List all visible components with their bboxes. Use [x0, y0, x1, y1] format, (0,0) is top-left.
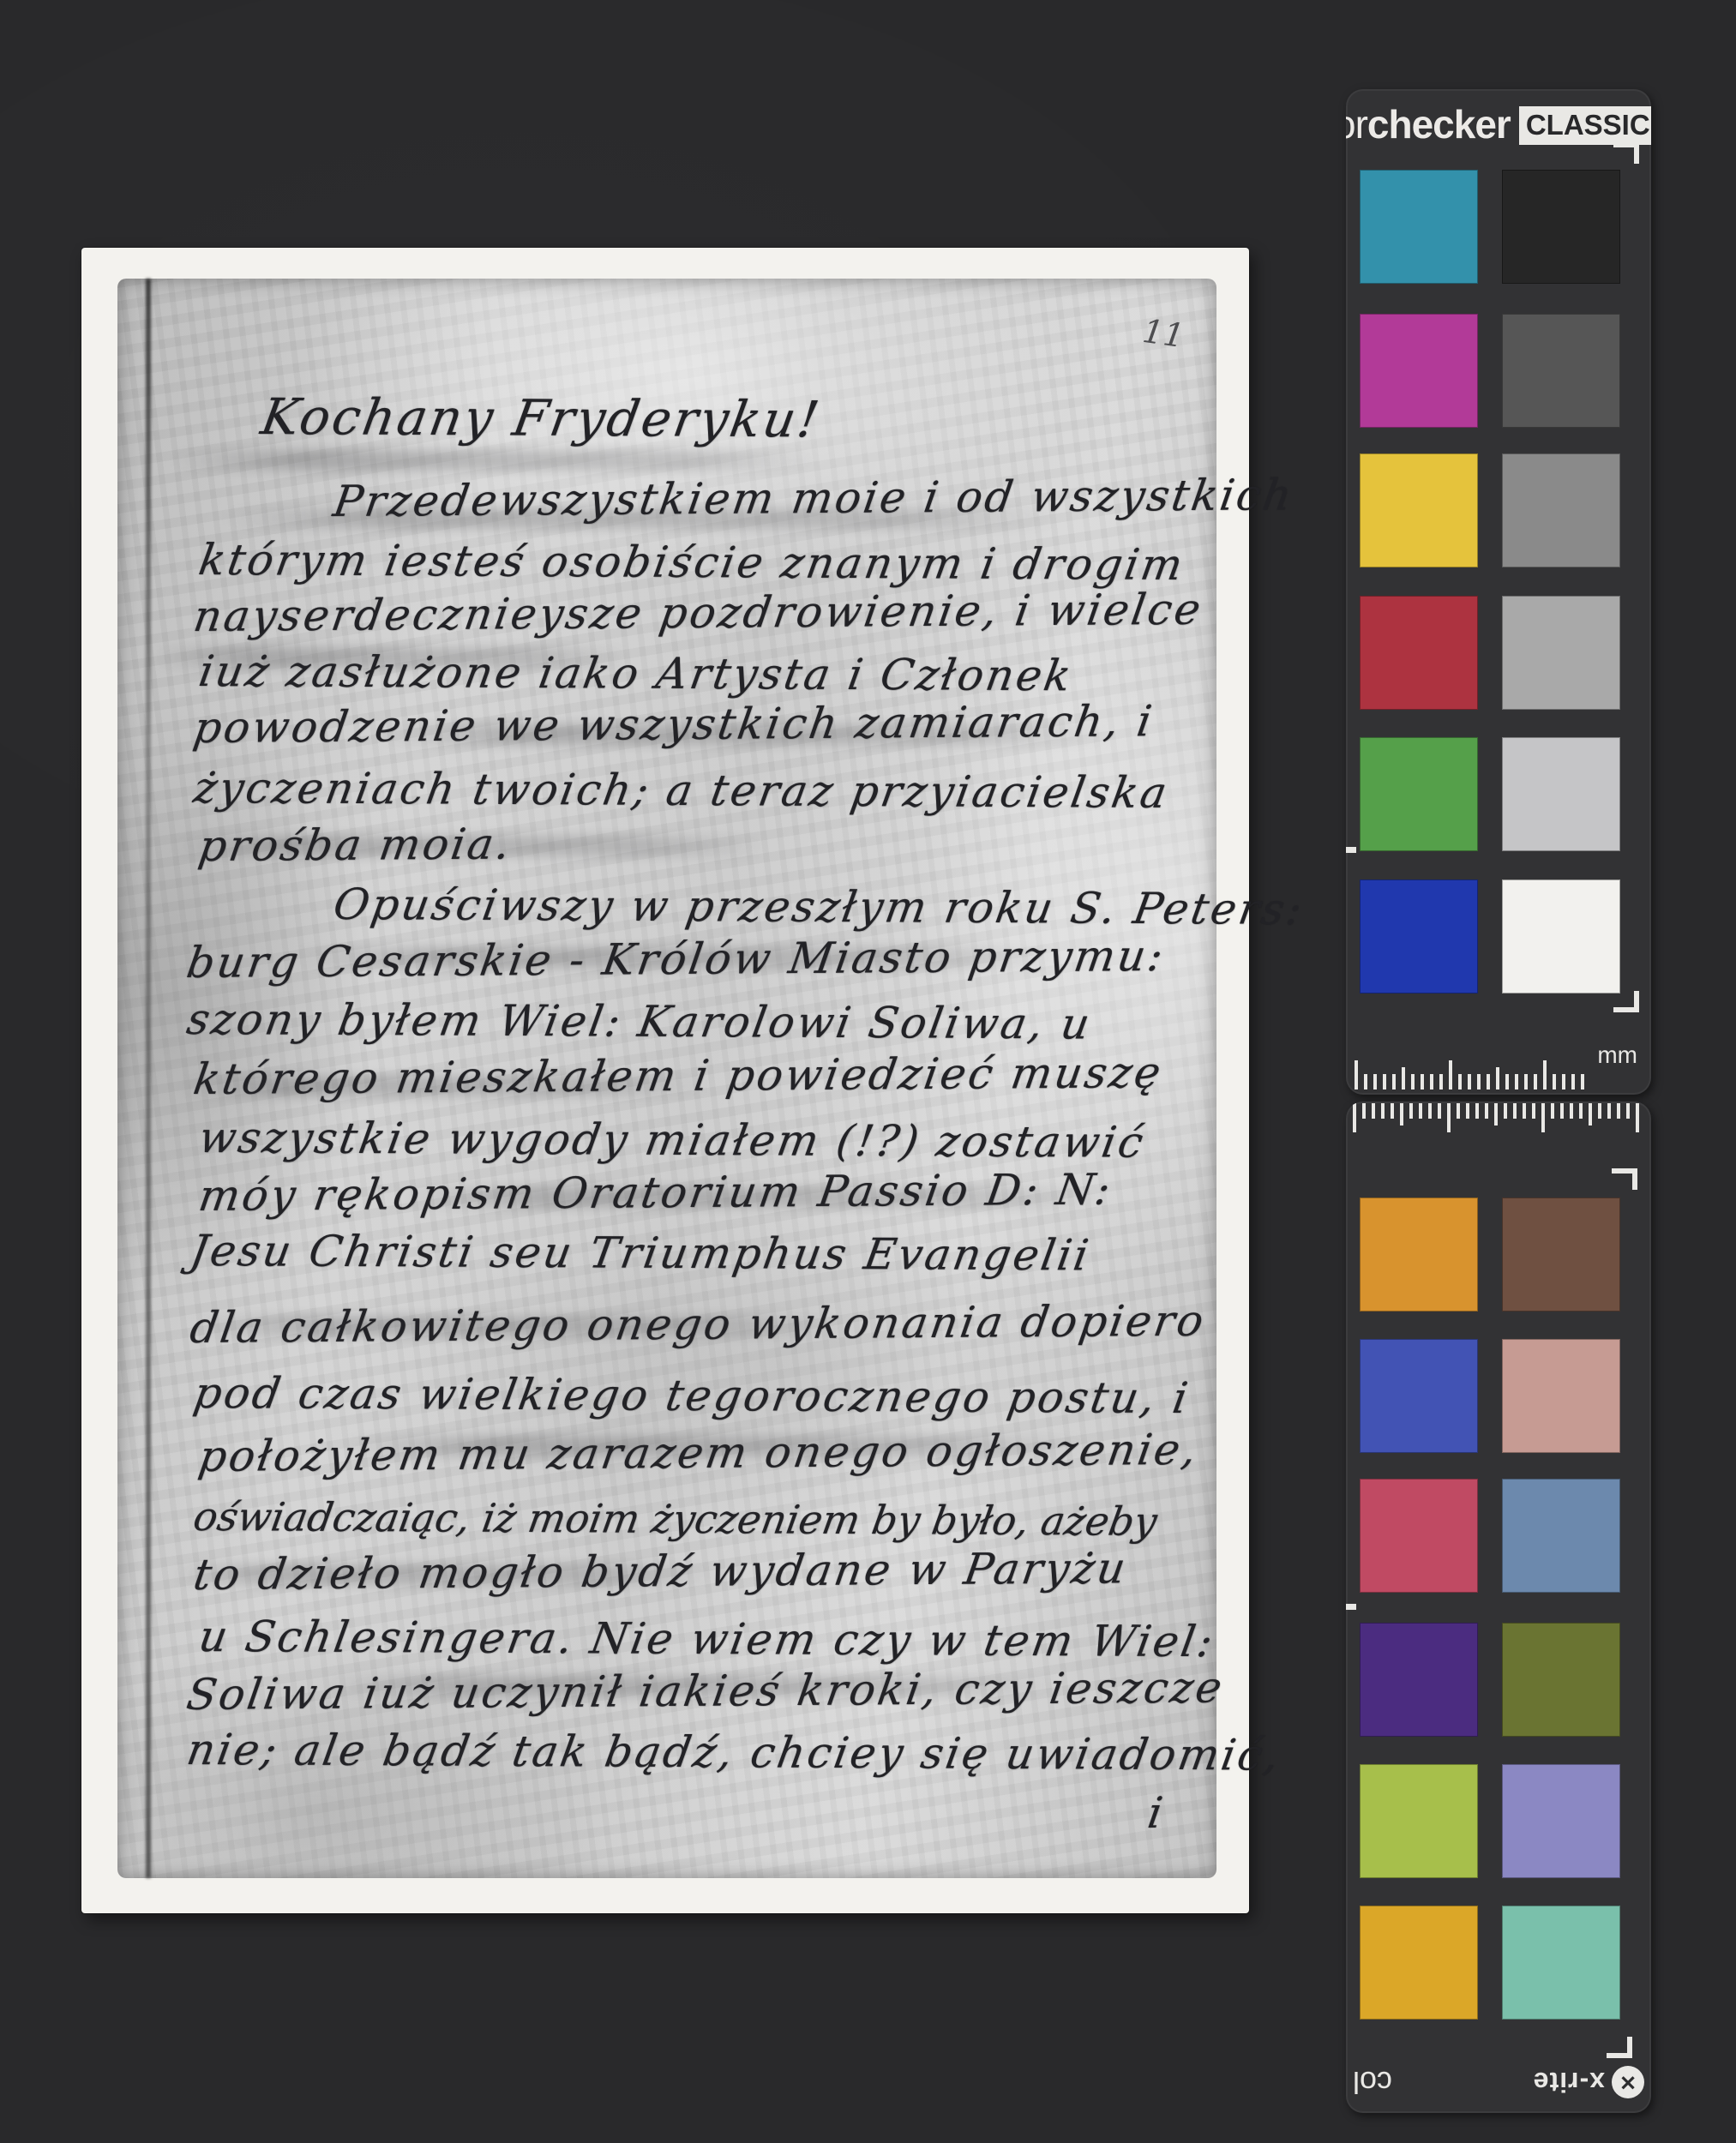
color-patch-yellow-green: [1360, 1764, 1478, 1878]
ruler-tick: [1364, 1074, 1367, 1090]
ruler-tick: [1505, 1074, 1509, 1090]
ruler-tick: [1353, 1103, 1356, 1132]
edge-mark: [1346, 847, 1356, 853]
ruler-tick: [1468, 1074, 1471, 1090]
handwritten-line: powodzenie we wszystkich zamiarach, i: [190, 696, 1157, 753]
registration-bracket-icon: [1612, 1168, 1637, 1190]
registration-bracket-icon: [1607, 2037, 1632, 2058]
ruler-tick: [1496, 1067, 1499, 1090]
ruler-tick: [1449, 1060, 1452, 1090]
ruler-tick: [1636, 1103, 1639, 1132]
ruler-tick: [1409, 1103, 1413, 1119]
color-patch-dark-gray: [1502, 314, 1620, 428]
handwritten-line: u Schlesingera. Nie wiem czy w tem Wiel:: [195, 1612, 1219, 1666]
handwritten-line: nie; ale bądź tak bądź, chciey się uwiad…: [183, 1725, 1285, 1780]
ruler-tick: [1487, 1074, 1490, 1090]
handwritten-line: Kochany Fryderyku!: [257, 387, 826, 448]
registration-bracket-icon: [1613, 991, 1639, 1012]
ruler-tick: [1458, 1074, 1462, 1090]
color-patch-brown: [1502, 1198, 1620, 1312]
brand-fragment-bold: checker: [1367, 102, 1511, 147]
ruler-tick: [1400, 1103, 1403, 1126]
mm-ruler-label: mm: [1597, 1041, 1637, 1069]
handwritten-line: burg Cesarskie - Królów Miasto przymu:: [183, 931, 1168, 987]
ruler-tick: [1515, 1074, 1518, 1090]
handwritten-line: móy rękopism Oratorium Passio D: N:: [195, 1165, 1116, 1221]
color-patch-lavender: [1502, 1764, 1620, 1878]
brand-fragment-light: or: [1346, 102, 1367, 147]
ruler-tick: [1477, 1074, 1481, 1090]
color-patch-pink-tan: [1502, 1339, 1620, 1453]
paper-fold-shadow: [146, 279, 151, 1878]
xrite-branding-upside-down: ✕ x-rite col: [1353, 2058, 1644, 2106]
colorchecker-brand-text: orcheckerCLASSIC: [1346, 101, 1651, 147]
mm-ruler: [1355, 1059, 1586, 1090]
ruler-tick: [1560, 1103, 1564, 1119]
ruler-tick: [1626, 1103, 1630, 1119]
color-patch-purple: [1360, 1623, 1478, 1737]
ruler-tick: [1447, 1103, 1451, 1132]
ruler-tick: [1570, 1103, 1573, 1119]
handwritten-line: pod czas wielkiego tegorocznego postu, i: [190, 1368, 1193, 1423]
ruler-tick: [1581, 1074, 1584, 1090]
ruler-tick: [1428, 1103, 1432, 1119]
mm-ruler: [1353, 1103, 1644, 1136]
xrite-brand-text: x-rite: [1533, 2067, 1605, 2098]
color-patch-magenta: [1360, 314, 1478, 428]
color-patch-black: [1502, 170, 1620, 284]
ruler-tick: [1541, 1103, 1545, 1132]
handwritten-line: nayserdecznieysze pozdrowienie, i wielce: [190, 585, 1206, 641]
color-patch-blue-violet: [1360, 1339, 1478, 1453]
registration-bracket-icon: [1613, 142, 1639, 164]
ruler-tick: [1494, 1103, 1498, 1126]
ruler-tick: [1372, 1103, 1375, 1119]
ruler-tick: [1381, 1103, 1385, 1119]
color-patch-orange: [1360, 1198, 1478, 1312]
ruler-tick: [1513, 1103, 1517, 1119]
ruler-tick: [1392, 1074, 1396, 1090]
ruler-tick: [1562, 1074, 1565, 1090]
ruler-tick: [1589, 1103, 1592, 1126]
color-patch-steel-blue: [1502, 1479, 1620, 1593]
handwritten-line: to dzieło mogło bydź wydane w Paryżu: [190, 1543, 1132, 1600]
ruler-tick: [1607, 1103, 1611, 1119]
color-patch-lighter-gray: [1502, 737, 1620, 851]
ink-bleedthrough: [169, 450, 820, 471]
ruler-tick: [1466, 1103, 1469, 1119]
handwritten-line: Przedewszystkiem moie i od wszystkich: [330, 470, 1297, 526]
ruler-tick: [1579, 1103, 1583, 1119]
handwritten-line: którego mieszkałem i powiedzieć muszę: [190, 1047, 1167, 1104]
color-patch-red: [1360, 596, 1478, 710]
ruler-tick: [1373, 1074, 1377, 1090]
handwritten-line: wszystkie wygody miałem (!?) zostawić: [195, 1113, 1149, 1168]
edge-mark: [1346, 1604, 1356, 1610]
classic-badge: CLASSIC: [1519, 106, 1651, 145]
colorchecker-card-top: orcheckerCLASSIC mm: [1346, 89, 1651, 1095]
ruler-tick: [1438, 1103, 1441, 1119]
color-patch-blue: [1360, 879, 1478, 993]
ruler-tick: [1457, 1103, 1460, 1119]
page-number: 11: [1140, 312, 1186, 355]
scanned-archive-photo: 11 Kochany Fryderyku!Przedewszystkiem mo…: [0, 0, 1736, 2143]
color-patch-teal-green: [1502, 1906, 1620, 2020]
colorchecker-card-bottom: ✕ x-rite col: [1346, 1102, 1651, 2113]
color-patch-mid-gray: [1502, 453, 1620, 567]
ruler-tick: [1362, 1103, 1366, 1119]
handwritten-line: Jesu Christi seu Triumphus Evangelii: [187, 1226, 1094, 1280]
handwritten-line: Soliwa iuż uczynił iakieś kroki, czy ies…: [183, 1663, 1228, 1720]
ruler-tick: [1391, 1103, 1394, 1119]
ruler-tick: [1523, 1103, 1526, 1119]
color-patch-yellow: [1360, 453, 1478, 567]
ruler-tick: [1532, 1103, 1535, 1119]
color-patch-green: [1360, 737, 1478, 851]
ruler-tick: [1411, 1074, 1415, 1090]
ruler-tick: [1543, 1060, 1547, 1090]
ruler-tick: [1402, 1067, 1405, 1090]
ruler-tick: [1617, 1103, 1620, 1119]
handwritten-line: iuż zasłużone iako Artysta i Członek: [195, 646, 1077, 700]
ruler-tick: [1475, 1103, 1479, 1119]
color-patch-moderate-red: [1360, 1479, 1478, 1593]
color-patch-orange-yellow: [1360, 1906, 1478, 2020]
handwritten-line: dla całkowitego onego wykonania dopiero: [187, 1296, 1210, 1353]
ruler-tick: [1439, 1074, 1443, 1090]
handwritten-line: którym iesteś osobiście znanym i drogim: [195, 535, 1188, 590]
handwritten-line: Opuściwszy w przeszłym roku S. Peters:: [330, 879, 1307, 934]
handwritten-line: oświadczaiąc, iż moim życzeniem by było,…: [190, 1493, 1160, 1545]
ruler-tick: [1430, 1074, 1433, 1090]
ruler-tick: [1504, 1103, 1507, 1119]
color-patch-light-gray: [1502, 596, 1620, 710]
colorchecker-text-fragment: col: [1353, 2064, 1392, 2100]
color-patch-white: [1502, 879, 1620, 993]
ruler-tick: [1421, 1074, 1424, 1090]
ruler-tick: [1534, 1074, 1537, 1090]
ruler-tick: [1419, 1103, 1422, 1119]
handwritten-line: położyłem mu zarazem onego ogłoszenie,: [195, 1425, 1202, 1481]
ruler-tick: [1355, 1060, 1358, 1090]
handwritten-line: prośba moia.: [195, 819, 516, 871]
handwritten-line: szony byłem Wiel: Karolowi Soliwa, u: [183, 994, 1096, 1049]
ruler-tick: [1383, 1074, 1386, 1090]
xrite-logo-icon: ✕: [1612, 2066, 1644, 2098]
color-patch-olive-green: [1502, 1623, 1620, 1737]
ruler-tick: [1485, 1103, 1488, 1119]
ruler-tick: [1551, 1103, 1554, 1119]
ruler-tick: [1598, 1103, 1601, 1119]
handwritten-line: życzeniach twoich; a teraz przyiacielska: [190, 763, 1173, 818]
color-patch-cyan: [1360, 170, 1478, 284]
ruler-tick: [1553, 1074, 1556, 1090]
ruler-tick: [1524, 1074, 1528, 1090]
ruler-tick: [1571, 1074, 1575, 1090]
